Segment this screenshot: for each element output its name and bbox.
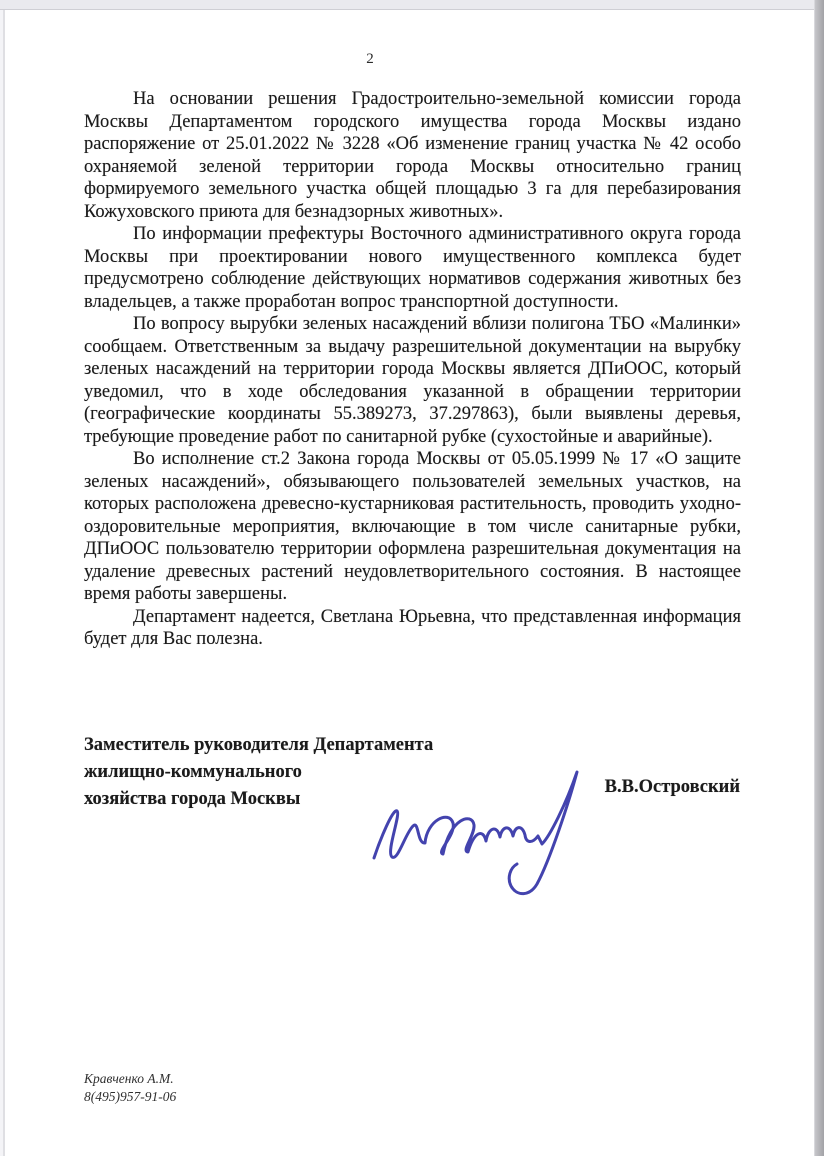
body-paragraph: По информации префектуры Восточного адми… (84, 223, 741, 313)
page-number: 2 (0, 51, 740, 68)
executor-footer: Кравченко А.М. 8(495)957-91-06 (84, 1070, 176, 1105)
handwritten-signature (366, 754, 592, 902)
body-paragraph: По вопросу вырубки зеленых насаждений вб… (84, 313, 741, 448)
scan-edge-right (814, 0, 824, 1156)
body-paragraph: На основании решения Градостроительно-зе… (84, 88, 741, 223)
scan-edge-left (0, 10, 5, 1156)
body-paragraph: Во исполнение ст.2 Закона города Москвы … (84, 448, 741, 606)
letter-body: На основании решения Градостроительно-зе… (84, 88, 741, 651)
signer-name: В.В.Островский (605, 777, 740, 798)
scan-edge-top (0, 0, 824, 10)
scanned-letter-page: 2 На основании решения Градостроительно-… (0, 0, 824, 1156)
executor-phone: 8(495)957-91-06 (84, 1088, 176, 1106)
executor-name: Кравченко А.М. (84, 1070, 176, 1088)
signature-stroke (374, 772, 577, 894)
body-paragraph: Департамент надеется, Светлана Юрьевна, … (84, 606, 741, 651)
